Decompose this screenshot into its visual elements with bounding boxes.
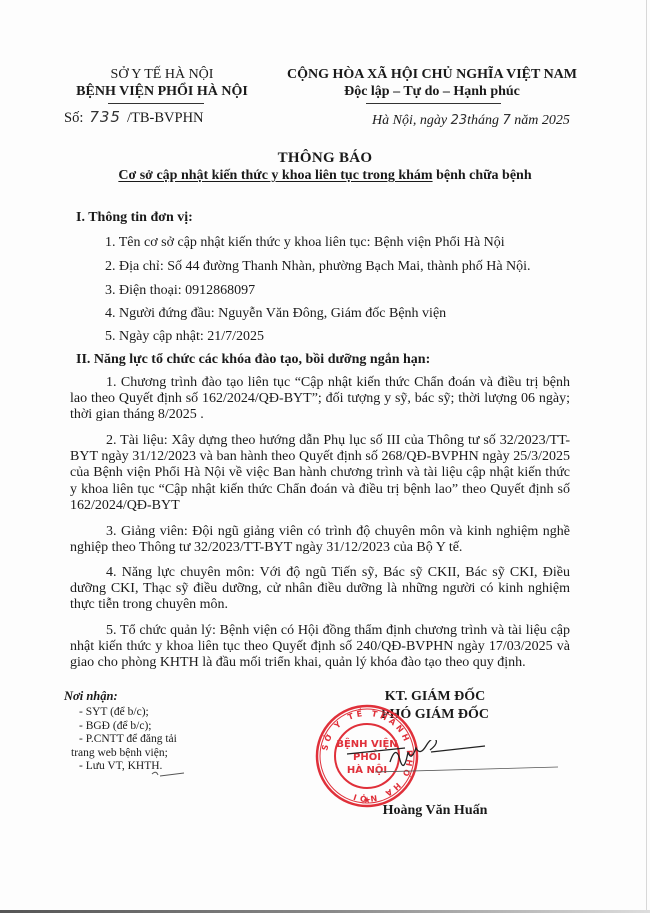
recipients-label: Nơi nhận: <box>64 689 118 704</box>
handwritten-day: 23 <box>451 113 468 128</box>
handwritten-number: 735 <box>89 108 121 126</box>
info-item: 5. Ngày cập nhật: 21/7/2025 <box>105 329 264 345</box>
number-suffix: /TB-BVPHN <box>127 110 204 126</box>
recipient-item: - SYT (để b/c); <box>79 706 177 720</box>
number-label: Số: <box>64 110 83 126</box>
month-label: tháng <box>467 113 502 128</box>
section-heading: II. Năng lực tổ chức các khóa đào tạo, b… <box>76 352 430 368</box>
document-number: Số:735/TB-BVPHN <box>64 108 204 127</box>
handwritten-signature <box>345 740 560 785</box>
recipient-item: trang web bệnh viện; <box>71 747 177 761</box>
paragraph: 5. Tổ chức quản lý: Bệnh viện có Hội đồn… <box>70 623 570 672</box>
year-label: năm 2025 <box>511 113 570 128</box>
paragraph: 3. Giảng viên: Đội ngũ giảng viên có trì… <box>70 524 570 556</box>
info-item: 3. Điện thoại: 0912868097 <box>105 283 255 299</box>
section-heading: I. Thông tin đơn vị: <box>76 210 193 226</box>
paragraph: 2. Tài liệu: Xây dựng theo hướng dẫn Phụ… <box>70 433 570 514</box>
document-subtitle: Cơ sở cập nhật kiến thức y khoa liên tục… <box>0 168 650 184</box>
recipient-item: - P.CNTT để đăng tải <box>79 733 177 747</box>
date-prefix: Hà Nội, ngày <box>372 113 451 128</box>
scan-edge <box>646 0 647 913</box>
recipient-item: - BGĐ (để b/c); <box>79 720 177 734</box>
document-title: THÔNG BÁO <box>0 150 650 167</box>
organization-name: BỆNH VIỆN PHỔI HÀ NỘI <box>62 83 262 100</box>
signer-name: Hoàng Văn Huấn <box>300 803 570 819</box>
divider <box>366 103 501 104</box>
subtitle-rest: bệnh chữa bệnh <box>433 168 532 183</box>
paragraph: 1. Chương trình đào tạo liên tục “Cập nh… <box>70 375 570 424</box>
issue-date: Hà Nội, ngày 23tháng 7 năm 2025 <box>372 113 570 129</box>
handwritten-month: 7 <box>503 113 511 128</box>
paragraph: 4. Năng lực chuyên môn: Với độ ngũ Tiến … <box>70 565 570 614</box>
divider <box>108 103 204 104</box>
subtitle-underlined: Cơ sở cập nhật kiến thức y khoa liên tục… <box>118 168 432 183</box>
initials-mark <box>148 768 188 782</box>
nation-name: CỘNG HÒA XÃ HỘI CHỦ NGHĨA VIỆT NAM <box>282 66 582 83</box>
motto: Độc lập – Tự do – Hạnh phúc <box>282 83 582 100</box>
recipients-list: - SYT (để b/c); - BGĐ (để b/c); - P.CNTT… <box>79 706 177 774</box>
national-header: CỘNG HÒA XÃ HỘI CHỦ NGHĨA VIỆT NAM Độc l… <box>282 66 582 100</box>
info-item: 4. Người đứng đầu: Nguyễn Văn Đông, Giám… <box>105 306 446 322</box>
agency-name: SỞ Y TẾ HÀ NỘI <box>62 66 262 83</box>
info-item: 1. Tên cơ sở cập nhật kiến thức y khoa l… <box>105 235 505 251</box>
document-page: SỞ Y TẾ HÀ NỘI BỆNH VIỆN PHỔI HÀ NỘI CỘN… <box>0 0 650 913</box>
issuer-block: SỞ Y TẾ HÀ NỘI BỆNH VIỆN PHỔI HÀ NỘI <box>62 66 262 100</box>
info-item: 2. Địa chỉ: Số 44 đường Thanh Nhàn, phườ… <box>105 259 531 275</box>
